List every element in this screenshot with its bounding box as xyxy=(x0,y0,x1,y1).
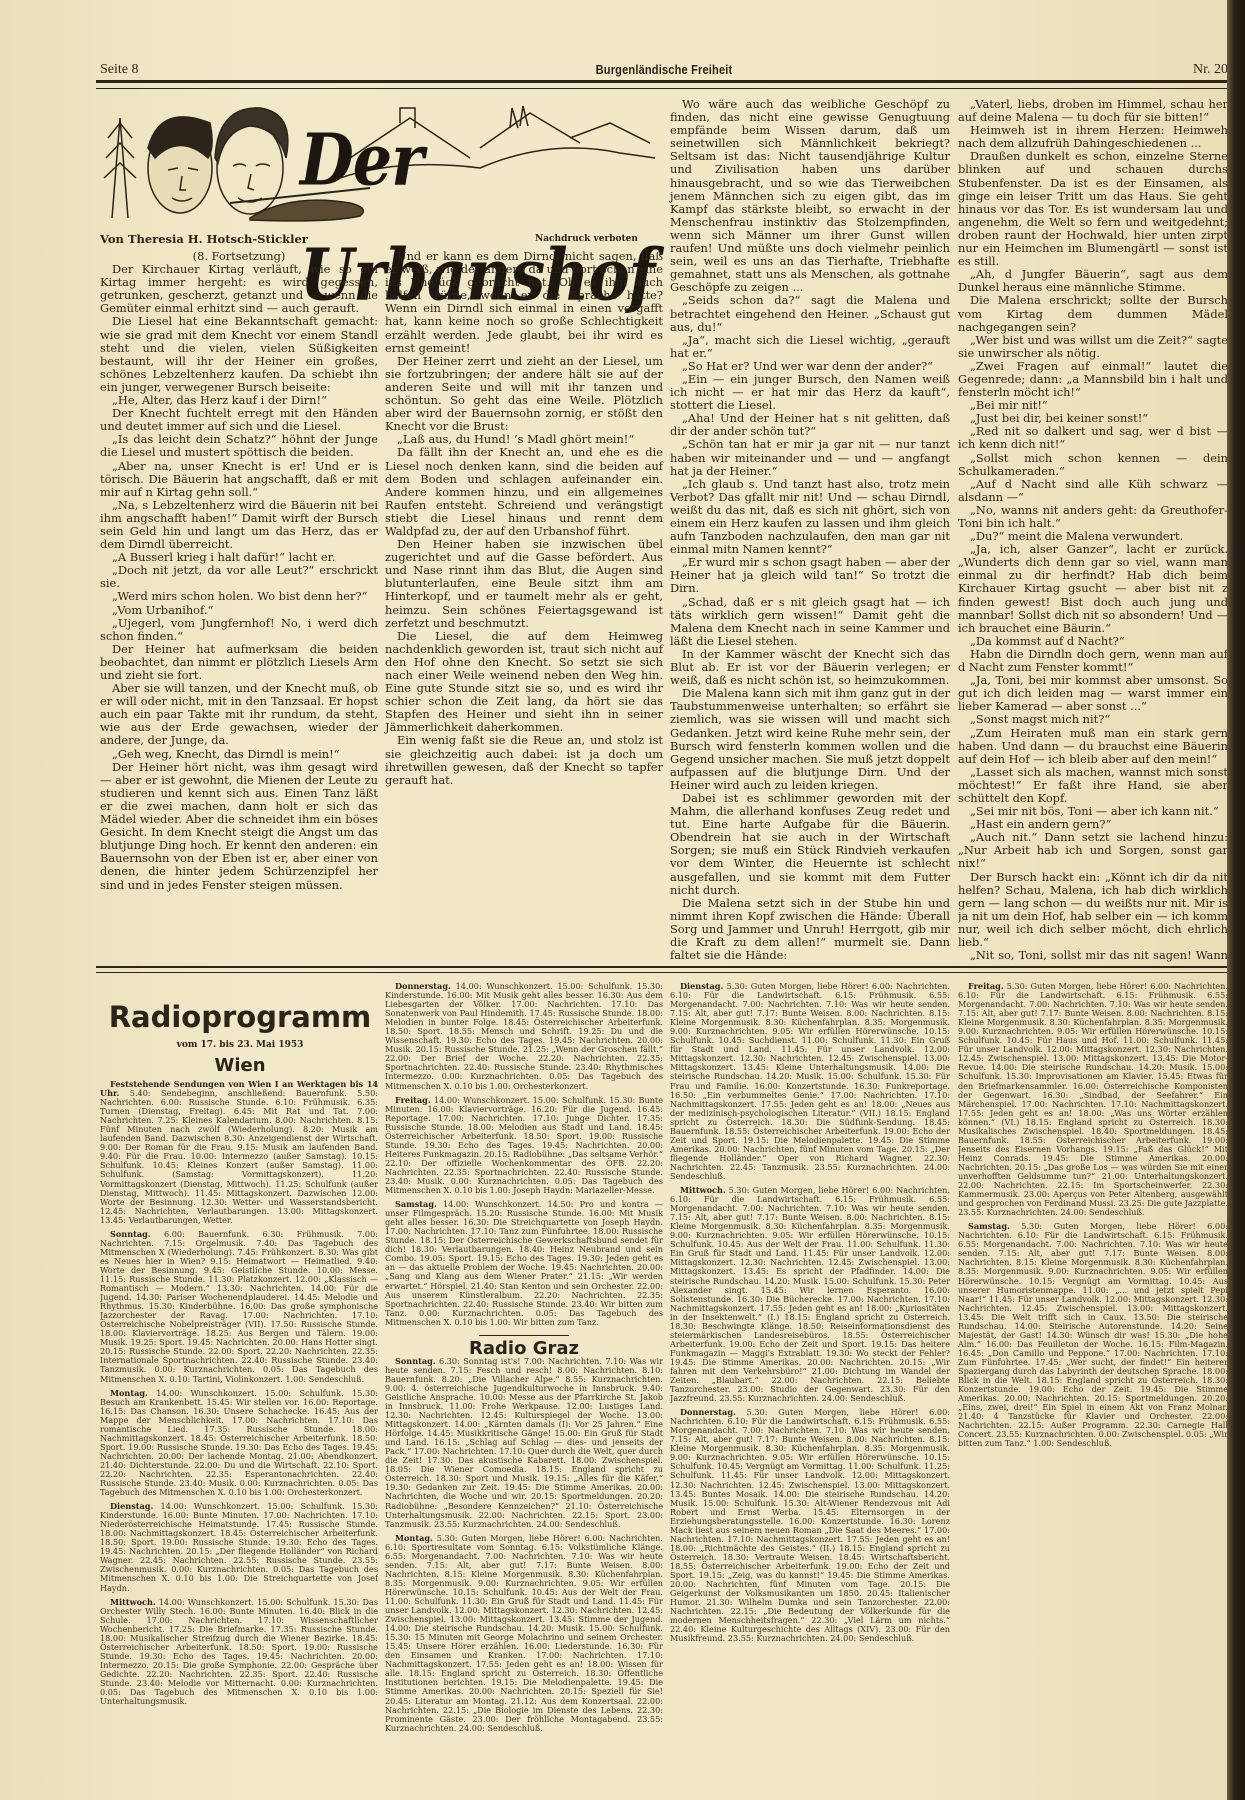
story-paragraph: „Is das leicht dein Schatz?“ höhnt der J… xyxy=(100,433,378,459)
story-paragraph: Wo wäre auch das weibliche Geschöpf zu f… xyxy=(670,98,950,294)
story-paragraph: Die Malena setzt sich in der Stube hin u… xyxy=(670,897,950,962)
schedule-entry: Feststehende Sendungen von Wien I an Wer… xyxy=(100,1080,378,1225)
story-paragraph: Habn die Dirndln doch gern, wenn man auf… xyxy=(958,648,1228,674)
schedule-entry: Mittwoch. 5.30: Guten Morgen, liebe Höre… xyxy=(670,1186,950,1403)
schedule-text: 6.30: Sonntag ist's! 7.00: Nachrichten. … xyxy=(385,1356,663,1529)
story-paragraph: „Er wurd mir s schon gsagt haben — aber … xyxy=(670,556,950,595)
story-paragraph: Die Malena kann sich mit ihm ganz gut in… xyxy=(670,687,950,792)
story-paragraph: „Doch nit jetzt, da vor alle Leut?“ ersc… xyxy=(100,564,378,590)
station-header: Radio Graz xyxy=(385,1335,663,1353)
schedule-entry: Sonntag. 6.30: Sonntag ist's! 7.00: Nach… xyxy=(385,1357,663,1529)
schedule-entry: Samstag. 14.00: Wunschkonzert. 14.50: Pr… xyxy=(385,1200,663,1327)
story-paragraph: Die Liesel, die auf dem Heimweg nachdenk… xyxy=(385,630,663,735)
story-paragraph: „Aha! Und der Heiner hat s nit gelitten,… xyxy=(670,412,950,438)
story-paragraph: „Aber na, unser Knecht is er! Und er is … xyxy=(100,460,378,499)
story-paragraph: Die Malena erschrickt; sollte der Bursch… xyxy=(958,294,1228,333)
story-author: Von Theresia H. Hotsch-Stickler xyxy=(100,232,308,246)
radio-program-title: Radioprogramm xyxy=(100,1000,380,1034)
story-paragraph: „Lasset sich als machen, wannst mich son… xyxy=(958,766,1228,805)
story-paragraph: Den Heiner haben sie inzwischen übel zug… xyxy=(385,538,663,630)
story-paragraph: „Werd mirs schon holen. Wo bist denn her… xyxy=(100,590,378,603)
story-paragraph: „Ujegerl, vom Jungfernhof! No, i werd di… xyxy=(100,617,378,643)
story-paragraph: Da fällt ihn der Knecht an, und ehe es d… xyxy=(385,446,663,538)
story-paragraph: „Red nit so dalkert und sag, wer d bist … xyxy=(958,425,1228,451)
story-column-4: „Vaterl, liebs, droben im Himmel, schau … xyxy=(958,98,1228,963)
schedule-text: 14.00: Wunschkonzert. 15.00: Schulfunk. … xyxy=(100,1597,378,1707)
story-column-2: Und er kann es dem Dirndl nicht sagen, d… xyxy=(385,250,663,965)
story-paragraph: „Vaterl, liebs, droben im Himmel, schau … xyxy=(958,98,1228,124)
page-header: Seite 8 Burgenländische Freiheit Nr. 20 xyxy=(100,62,1228,82)
story-paragraph: Draußen dunkelt es schon, einzelne Stern… xyxy=(958,150,1228,268)
story-paragraph: „Auch nit.“ Dann setzt sie lachend hinzu… xyxy=(958,831,1228,870)
story-paragraph: Der Heiner hört nicht, was ihm gesagt wi… xyxy=(100,761,378,892)
story-paragraph: Heimweh ist in ihrem Herzen: Heimweh nac… xyxy=(958,124,1228,150)
story-paragraph: Der Kirchauer Kirtag verläuft, wie so ei… xyxy=(100,263,378,315)
story-paragraph: Ein wenig faßt sie die Reue an, und stol… xyxy=(385,734,663,786)
story-paragraph: Der Heiner zerrt und zieht an der Liesel… xyxy=(385,355,663,434)
story-paragraph: Aber sie will tanzen, und der Knecht muß… xyxy=(100,682,378,747)
issue-number: Nr. 20 xyxy=(1193,62,1228,78)
story-paragraph: „Auf d Nacht sind alle Küh schwarz — als… xyxy=(958,478,1228,504)
schedule-entry: Dienstag. 5.30: Guten Morgen, liebe Höre… xyxy=(670,982,950,1181)
story-paragraph: Der Heiner hat aufmerksam die beiden beo… xyxy=(100,643,378,682)
header-rule xyxy=(96,80,1231,89)
schedule-text: 14.00: Wunschkonzert. 15.00: Schulfunk. … xyxy=(385,1095,663,1195)
story-paragraph: „Sollst mich schon kennen — dein Schulka… xyxy=(958,452,1228,478)
radio-column-3: Dienstag. 5.30: Guten Morgen, liebe Höre… xyxy=(670,982,950,1798)
schedule-text: 5.30: Guten Morgen, liebe Hörer! 6.00: N… xyxy=(385,1533,663,1733)
story-paragraph: „Ah, d Jungfer Bäuerin“, sagt aus dem Du… xyxy=(958,268,1228,294)
schedule-text: 14.00: Wunschkonzert. 14.50: Pro und kon… xyxy=(385,1199,663,1327)
schedule-text: 5.30: Guten Morgen, liebe Hörer! 6.00: N… xyxy=(670,982,950,1181)
story-paragraph: „Da kommst auf d Nacht?“ xyxy=(958,635,1228,648)
schedule-entry: Dienstag. 14.00: Wunschkonzert. 15.00: S… xyxy=(100,1502,378,1592)
page-number: Seite 8 xyxy=(100,62,139,78)
story-paragraph: Und er kann es dem Dirndl nicht sagen, d… xyxy=(385,250,663,355)
station-title-graz: Radio Graz xyxy=(385,1344,663,1353)
schedule-entry: Sonntag. 6.00: Bauernfunk. 6.30: Frühmus… xyxy=(100,1230,378,1384)
story-title: Der Urbanshof xyxy=(300,103,660,235)
schedule-entry: Donnerstag. 5.30: Guten Morgen, liebe Hö… xyxy=(670,1408,950,1643)
schedule-text: 5.30: Guten Morgen, liebe Hörer! 6.00: N… xyxy=(958,1221,1228,1448)
schedule-text: 14.00: Wunschkonzert. 15.00: Schulfunk. … xyxy=(385,982,663,1091)
story-paragraph: „Ein — ein junger Bursch, den Namen weiß… xyxy=(670,373,950,412)
radio-column-2: Donnerstag. 14.00: Wunschkonzert. 15.00:… xyxy=(385,982,663,1798)
story-paragraph: „Na, s Lebzeltenherz wird die Bäuerin ni… xyxy=(100,499,378,551)
radio-column-1: Feststehende Sendungen von Wien I an Wer… xyxy=(100,1080,378,1798)
story-paragraph: Der Knecht fuchtelt erregt mit den Hände… xyxy=(100,407,378,433)
story-paragraph: Der Bursch hackt ein: „Könnt ich dir da … xyxy=(958,871,1228,950)
story-paragraph: „No, wanns nit anders geht: da Greuthofe… xyxy=(958,504,1228,530)
story-column-3: Wo wäre auch das weibliche Geschöpf zu f… xyxy=(670,98,950,963)
schedule-entry: Freitag. 5.30: Guten Morgen, liebe Hörer… xyxy=(958,982,1228,1217)
story-paragraph: „Ja“, macht sich die Liesel wichtig, „ge… xyxy=(670,334,950,360)
schedule-entry: Freitag. 14.00: Wunschkonzert. 15.00: Sc… xyxy=(385,1096,663,1196)
story-paragraph: „Ich glaub s. Und tanzt hast also, trotz… xyxy=(670,478,950,557)
story-column-1: (8. Fortsetzung) Der Kirchauer Kirtag ve… xyxy=(100,250,378,965)
story-paragraph: „Nit so, Toni, sollst mir das nit sagen!… xyxy=(958,949,1228,963)
story-banner: Der Urbanshof xyxy=(100,98,660,223)
story-paragraph: „Sonst magst mich nit?“ xyxy=(958,713,1228,726)
story-paragraph: „Zum Heiraten muß man ein stark gern hab… xyxy=(958,727,1228,766)
copyright-notice: Nachdruck verboten xyxy=(535,234,638,244)
station-divider xyxy=(479,1335,569,1336)
story-paragraph: „Zwei Fragen auf einmal!“ lautet die Geg… xyxy=(958,360,1228,399)
story-paragraph: Dabei ist es schlimmer geworden mit der … xyxy=(670,792,950,897)
schedule-entry: Donnerstag. 14.00: Wunschkonzert. 15.00:… xyxy=(385,982,663,1091)
schedule-text: 14.00: Wunschkonzert. 15.00: Schulfunk. … xyxy=(100,1388,378,1498)
schedule-text: 5.30: Guten Morgen, liebe Hörer! 6.00: N… xyxy=(958,982,1228,1217)
story-paragraph: „Vom Urbanihof.“ xyxy=(100,604,378,617)
section-divider xyxy=(96,966,1231,973)
schedule-text: 14.00: Wunschkonzert. 15.00: Schulfunk. … xyxy=(100,1501,378,1592)
story-paragraph: „So Hat er? Und wer war denn der ander?“ xyxy=(670,360,950,373)
newspaper-page: Seite 8 Burgenländische Freiheit Nr. 20 xyxy=(0,0,1245,1800)
schedule-text: 5.40: Sendebeginn, anschließend: Bauernf… xyxy=(100,1088,378,1225)
schedule-entry: Mittwoch. 14.00: Wunschkonzert. 15.00: S… xyxy=(100,1598,378,1707)
story-paragraph: „Wer bist und was willst um die Zeit?“ s… xyxy=(958,334,1228,360)
story-paragraph: „Ja, ich, alser Ganzer“, lacht er zurück… xyxy=(958,543,1228,635)
binding-edge xyxy=(1227,0,1245,1800)
story-paragraph: „Schad, daß er s nit gleich gsagt hat — … xyxy=(670,596,950,648)
schedule-text: 5.30: Guten Morgen, liebe Hörer! 6.00: N… xyxy=(670,1185,950,1403)
story-paragraph: In der Kammer wäscht der Knecht sich das… xyxy=(670,648,950,687)
schedule-entry: Montag. 14.00: Wunschkonzert. 15.00: Sch… xyxy=(100,1389,378,1498)
story-paragraph: „Schön tan hat er mir ja gar nit — nur t… xyxy=(670,438,950,477)
radio-column-4: Freitag. 5.30: Guten Morgen, liebe Hörer… xyxy=(958,982,1228,1798)
schedule-entry: Samstag. 5.30: Guten Morgen, liebe Hörer… xyxy=(958,1222,1228,1448)
newspaper-name: Burgenländische Freiheit xyxy=(185,62,1144,77)
schedule-text: 6.00: Bauernfunk. 6.30: Frühmusik. 7.00:… xyxy=(100,1229,378,1384)
schedule-text: 5.30: Guten Morgen, liebe Hörer! 6.00: N… xyxy=(670,1407,950,1643)
story-paragraph: „Geh weg, Knecht, das Dirndl is mein!“ xyxy=(100,748,378,761)
story-paragraph: Die Liesel hat eine Bekanntschaft gemach… xyxy=(100,315,378,394)
station-title-wien: Wien xyxy=(100,1055,380,1076)
story-paragraph: „Seids schon da?“ sagt die Malena und be… xyxy=(670,294,950,333)
story-paragraph: „Ja, Toni, bei mir kommst aber umsonst. … xyxy=(958,674,1228,713)
schedule-entry: Montag. 5.30: Guten Morgen, liebe Hörer!… xyxy=(385,1534,663,1733)
radio-date-range: vom 17. bis 23. Mai 1953 xyxy=(100,1040,380,1050)
